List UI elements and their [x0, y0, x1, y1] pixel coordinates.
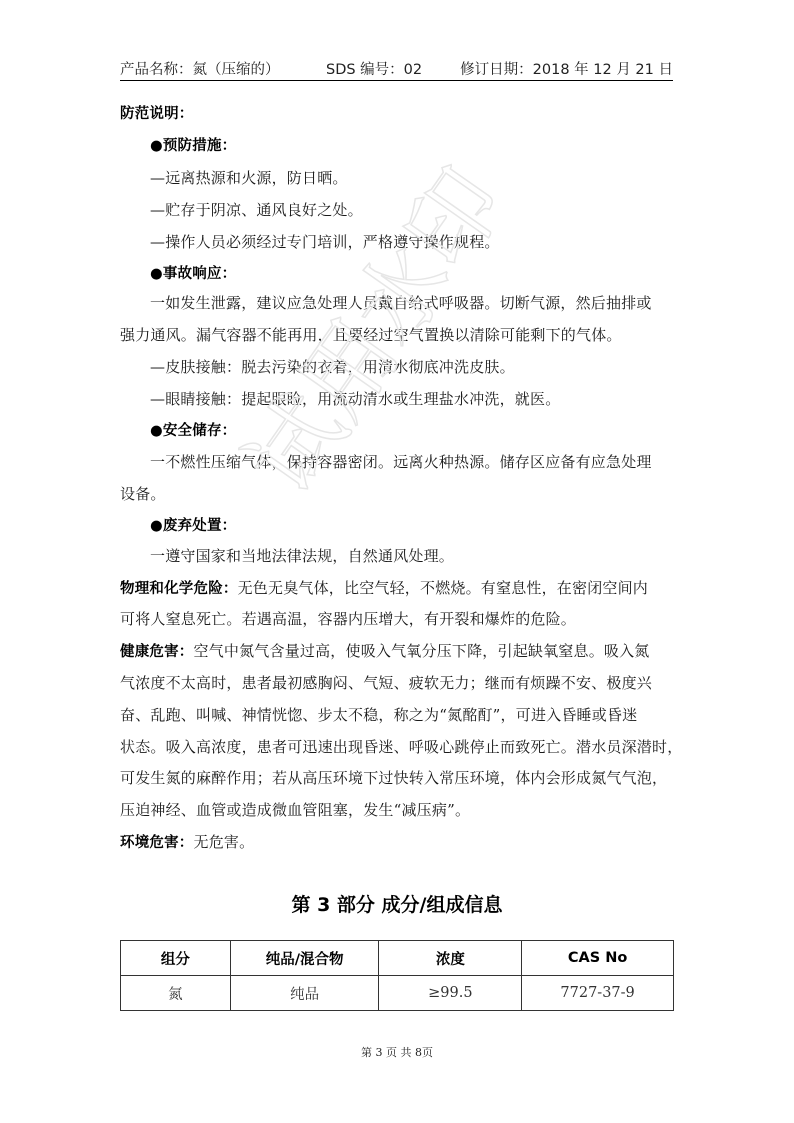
physical-hazard-text: 无色无臭气体，比空气轻，不燃烧。有窒息性，在密闭空间内 — [238, 579, 648, 597]
header-product-name: 产品名称：氮（压缩的） — [120, 58, 280, 79]
storage-line: 设备。 — [120, 484, 166, 504]
prevention-item: —远离热源和火源，防日晒。 — [150, 168, 348, 188]
prevention-title: ●预防措施： — [150, 136, 236, 156]
response-item: —皮肤接触：脱去污染的衣着，用清水彻底冲洗皮肤。 — [150, 357, 515, 377]
header-revision-date: 修订日期：2018 年 12 月 21 日 — [460, 58, 673, 79]
cell-concentration: ≥99.5 — [379, 976, 522, 1011]
response-para-line: 强力通风。漏气容器不能再用，且要经过空气置换以清除可能剩下的气体。 — [120, 325, 622, 345]
response-item: —眼睛接触：提起眼睑，用流动清水或生理盐水冲洗，就医。 — [150, 389, 560, 409]
storage-title: ●安全储存： — [150, 421, 236, 441]
env-hazard-text: 无危害。 — [194, 833, 255, 851]
health-hazard-line: 压迫神经、血管或造成微血管阻塞，发生“减压病”。 — [120, 800, 470, 820]
storage-line: 一不燃性压缩气体，保持容器密闭。远离火种热源。储存区应备有应急处理 — [150, 452, 652, 472]
physical-hazard-line: 物理和化学危险：无色无臭气体，比空气轻，不燃烧。有窒息性，在密闭空间内 — [120, 578, 648, 599]
health-hazard-text: 空气中氮气含量过高，使吸入气氧分压下降，引起缺氧窒息。吸入氮 — [194, 642, 650, 660]
health-hazard-line: 气浓度不太高时，患者最初感胸闷、气短、疲软无力；继而有烦躁不安、极度兴 — [120, 673, 652, 693]
precautions-title: 防范说明： — [120, 104, 194, 124]
cell-component: 氮 — [121, 976, 231, 1011]
health-hazard-line: 健康危害：空气中氮气含量过高，使吸入气氧分压下降，引起缺氧窒息。吸入氮 — [120, 641, 650, 662]
composition-table: 组分 纯品/混合物 浓度 CAS No 氮 纯品 ≥99.5 7727-37-9 — [120, 940, 674, 1011]
physical-hazard-line: 可将人窒息死亡。若遇高温，容器内压增大，有开裂和爆炸的危险。 — [120, 609, 576, 629]
column-header-pure-mixture: 纯品/混合物 — [230, 941, 379, 976]
page-footer: 第 3 页 共 8页 — [0, 1044, 794, 1060]
physical-hazard-label: 物理和化学危险： — [120, 581, 238, 597]
cell-cas-no: 7727-37-9 — [522, 976, 674, 1011]
health-hazard-line: 奋、乱跑、叫喊、神情恍惚、步太不稳，称之为“氮酩酊”，可进入昏睡或昏迷 — [120, 705, 637, 725]
disposal-line: 一遵守国家和当地法律法规，自然通风处理。 — [150, 546, 454, 566]
response-title: ●事故响应： — [150, 264, 236, 284]
section-3-title: 第 3 部分 成分/组成信息 — [0, 890, 794, 917]
table-row: 氮 纯品 ≥99.5 7727-37-9 — [121, 976, 674, 1011]
column-header-component: 组分 — [121, 941, 231, 976]
health-hazard-label: 健康危害： — [120, 644, 194, 660]
page-header: 产品名称：氮（压缩的） SDS 编号：02 修订日期：2018 年 12 月 2… — [120, 56, 673, 81]
response-para-line: 一如发生泄露，建议应急处理人员戴自给式呼吸器。切断气源，然后抽排或 — [150, 293, 652, 313]
env-hazard-label: 环境危害： — [120, 835, 194, 851]
health-hazard-line: 状态。吸入高浓度，患者可迅速出现昏迷、呼吸心跳停止而致死亡。潜水员深潜时， — [120, 737, 682, 757]
env-hazard-line: 环境危害：无危害。 — [120, 832, 254, 853]
column-header-cas-no: CAS No — [522, 941, 674, 976]
prevention-item: —操作人员必须经过专门培训，严格遵守操作规程。 — [150, 232, 500, 252]
cell-pure-mixture: 纯品 — [230, 976, 379, 1011]
header-sds-number: SDS 编号：02 — [326, 58, 422, 79]
health-hazard-line: 可发生氮的麻醉作用；若从高压环境下过快转入常压环境，体内会形成氮气气泡， — [120, 768, 667, 788]
table-header-row: 组分 纯品/混合物 浓度 CAS No — [121, 941, 674, 976]
disposal-title: ●废弃处置： — [150, 516, 236, 536]
column-header-concentration: 浓度 — [379, 941, 522, 976]
prevention-item: —贮存于阴凉、通风良好之处。 — [150, 200, 363, 220]
